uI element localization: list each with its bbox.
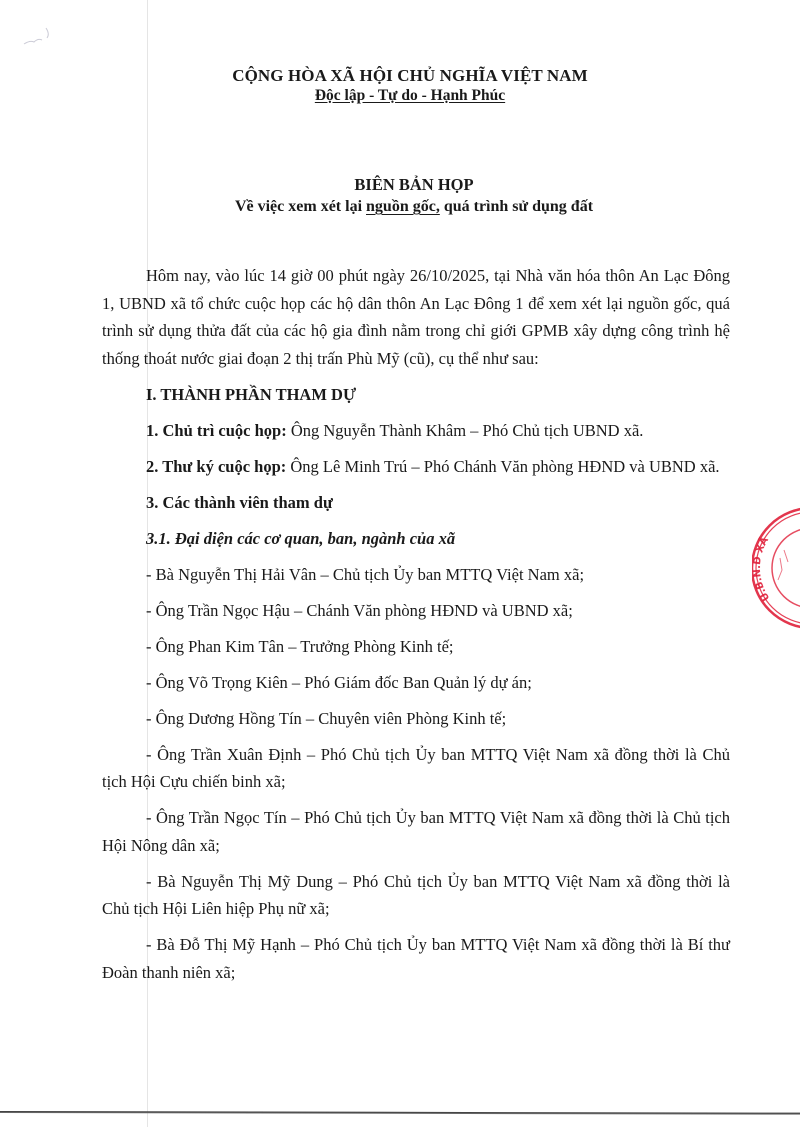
chair-value: Ông Nguyễn Thành Khâm – Phó Chủ tịch UBN…	[287, 421, 644, 440]
official-seal-icon: U.B.N.D XÃ	[752, 498, 800, 638]
member-item: - Bà Nguyễn Thị Hải Vân – Chủ tịch Ủy ba…	[102, 561, 730, 589]
member-item: - Bà Đỗ Thị Mỹ Hạnh – Phó Chủ tịch Ủy ba…	[102, 931, 730, 986]
handwritten-mark-icon	[20, 20, 60, 50]
nation-title: CỘNG HÒA XÃ HỘI CHỦ NGHĨA VIỆT NAM	[20, 66, 800, 86]
national-header: CỘNG HÒA XÃ HỘI CHỦ NGHĨA VIỆT NAM Độc l…	[0, 66, 800, 106]
member-item: - Ông Dương Hồng Tín – Chuyên viên Phòng…	[102, 705, 730, 733]
member-item: - Ông Phan Kim Tân – Trưởng Phòng Kinh t…	[102, 633, 730, 661]
member-item: - Ông Trần Ngọc Hậu – Chánh Văn phòng HĐ…	[102, 597, 730, 625]
chair-paragraph: 1. Chủ trì cuộc họp: Ông Nguyễn Thành Kh…	[102, 417, 730, 445]
member-item: - Ông Trần Ngọc Tín – Phó Chủ tịch Ủy ba…	[102, 804, 730, 859]
section-heading-participants: I. THÀNH PHẦN THAM DỰ	[102, 381, 730, 409]
document-page: CỘNG HÒA XÃ HỘI CHỦ NGHĨA VIỆT NAM Độc l…	[0, 0, 800, 1127]
secretary-label: 2. Thư ký cuộc họp:	[146, 457, 286, 476]
subtitle-suffix: quá trình sử dụng đất	[440, 198, 593, 215]
chair-label: 1. Chủ trì cuộc họp:	[146, 421, 287, 440]
secretary-paragraph: 2. Thư ký cuộc họp: Ông Lê Minh Trú – Ph…	[102, 453, 730, 481]
document-title: BIÊN BẢN HỌP	[28, 174, 800, 196]
subtitle-prefix: Về việc xem xét lại	[235, 198, 366, 215]
page-bottom-rule	[0, 1111, 800, 1115]
member-item: - Ông Võ Trọng Kiên – Phó Giám đốc Ban Q…	[102, 669, 730, 697]
seal-text: U.B.N.D XÃ	[752, 534, 772, 602]
subsection-heading: 3.1. Đại diện các cơ quan, ban, ngành củ…	[102, 525, 730, 553]
subtitle-underlined: nguồn gốc,	[366, 198, 440, 215]
document-body: Hôm nay, vào lúc 14 giờ 00 phút ngày 26/…	[102, 262, 730, 986]
member-item: - Ông Trần Xuân Định – Phó Chủ tịch Ủy b…	[102, 741, 730, 796]
members-heading: 3. Các thành viên tham dự	[102, 489, 730, 517]
intro-paragraph: Hôm nay, vào lúc 14 giờ 00 phút ngày 26/…	[102, 262, 730, 372]
document-subtitle: Về việc xem xét lại nguồn gốc, quá trình…	[28, 196, 800, 218]
secretary-value: Ông Lê Minh Trú – Phó Chánh Văn phòng HĐ…	[286, 457, 719, 476]
nation-motto: Độc lập - Tự do - Hạnh Phúc	[20, 86, 800, 106]
document-header: BIÊN BẢN HỌP Về việc xem xét lại nguồn g…	[0, 174, 800, 218]
svg-text:U.B.N.D XÃ: U.B.N.D XÃ	[752, 534, 772, 602]
member-item: - Bà Nguyễn Thị Mỹ Dung – Phó Chủ tịch Ủ…	[102, 868, 730, 923]
